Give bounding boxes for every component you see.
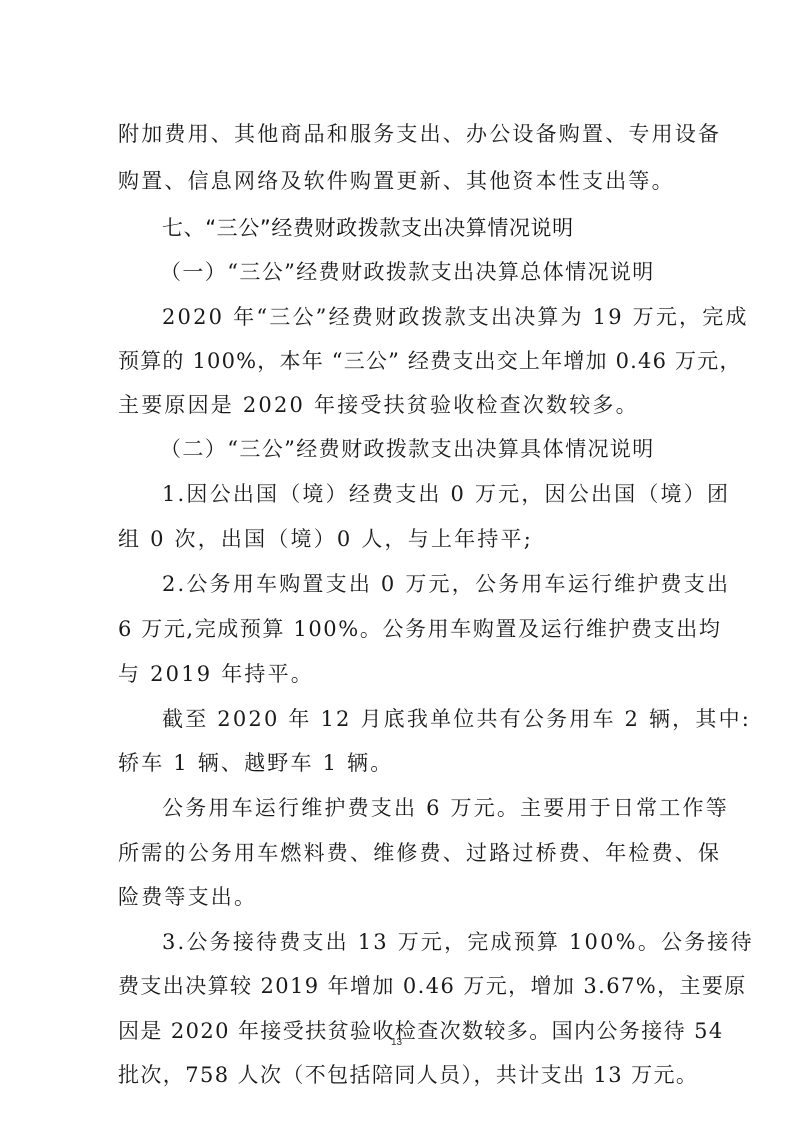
paragraph-line: 组 0 次，出国（境）0 人，与上年持平;	[118, 524, 698, 554]
paragraph-line: 6 万元,完成预算 100%。公务用车购置及运行维护费支出均	[118, 614, 698, 644]
paragraph-line: 购置、信息网络及软件购置更新、其他资本性支出等。	[118, 166, 698, 196]
paragraph-line: 公务用车运行维护费支出 6 万元。主要用于日常工作等	[162, 793, 742, 823]
paragraph-line: 轿车 1 辆、越野车 1 辆。	[118, 748, 698, 778]
subsection-heading: （一）“三公”经费财政拨款支出决算总体情况说明	[160, 257, 740, 287]
paragraph-line: 3.公务接待费支出 13 万元，完成预算 100%。公务接待	[162, 927, 742, 957]
page-number: 13	[0, 1037, 793, 1048]
paragraph-line: 1.因公出国（境）经费支出 0 万元，因公出国（境）团	[162, 479, 742, 509]
paragraph-line: 预算的 100%，本年 “三公” 经费支出交上年增加 0.46 万元，	[118, 346, 698, 376]
paragraph-line: 与 2019 年持平。	[118, 659, 698, 689]
document-page: 附加费用、其他商品和服务支出、办公设备购置、专用设备 购置、信息网络及软件购置更…	[0, 0, 793, 1122]
paragraph-line: 附加费用、其他商品和服务支出、办公设备购置、专用设备	[118, 119, 698, 149]
paragraph-line: 费支出决算较 2019 年增加 0.46 万元，增加 3.67%，主要原	[118, 971, 698, 1001]
paragraph-line: 批次，758 人次（不包括陪同人员），共计支出 13 万元。	[118, 1060, 698, 1090]
paragraph-line: 险费等支出。	[118, 882, 698, 912]
section-heading: 七、“三公”经费财政拨款支出决算情况说明	[162, 213, 742, 243]
paragraph-line: 2.公务用车购置支出 0 万元，公务用车运行维护费支出	[162, 569, 742, 599]
paragraph-line: 主要原因是 2020 年接受扶贫验收检查次数较多。	[118, 390, 698, 420]
paragraph-line: 截至 2020 年 12 月底我单位共有公务用车 2 辆，其中:	[162, 704, 742, 734]
subsection-heading: （二）“三公”经费财政拨款支出决算具体情况说明	[160, 434, 740, 464]
paragraph-line: 2020 年“三公”经费财政拨款支出决算为 19 万元，完成	[162, 302, 742, 332]
paragraph-line: 所需的公务用车燃料费、维修费、过路过桥费、年检费、保	[118, 838, 698, 868]
